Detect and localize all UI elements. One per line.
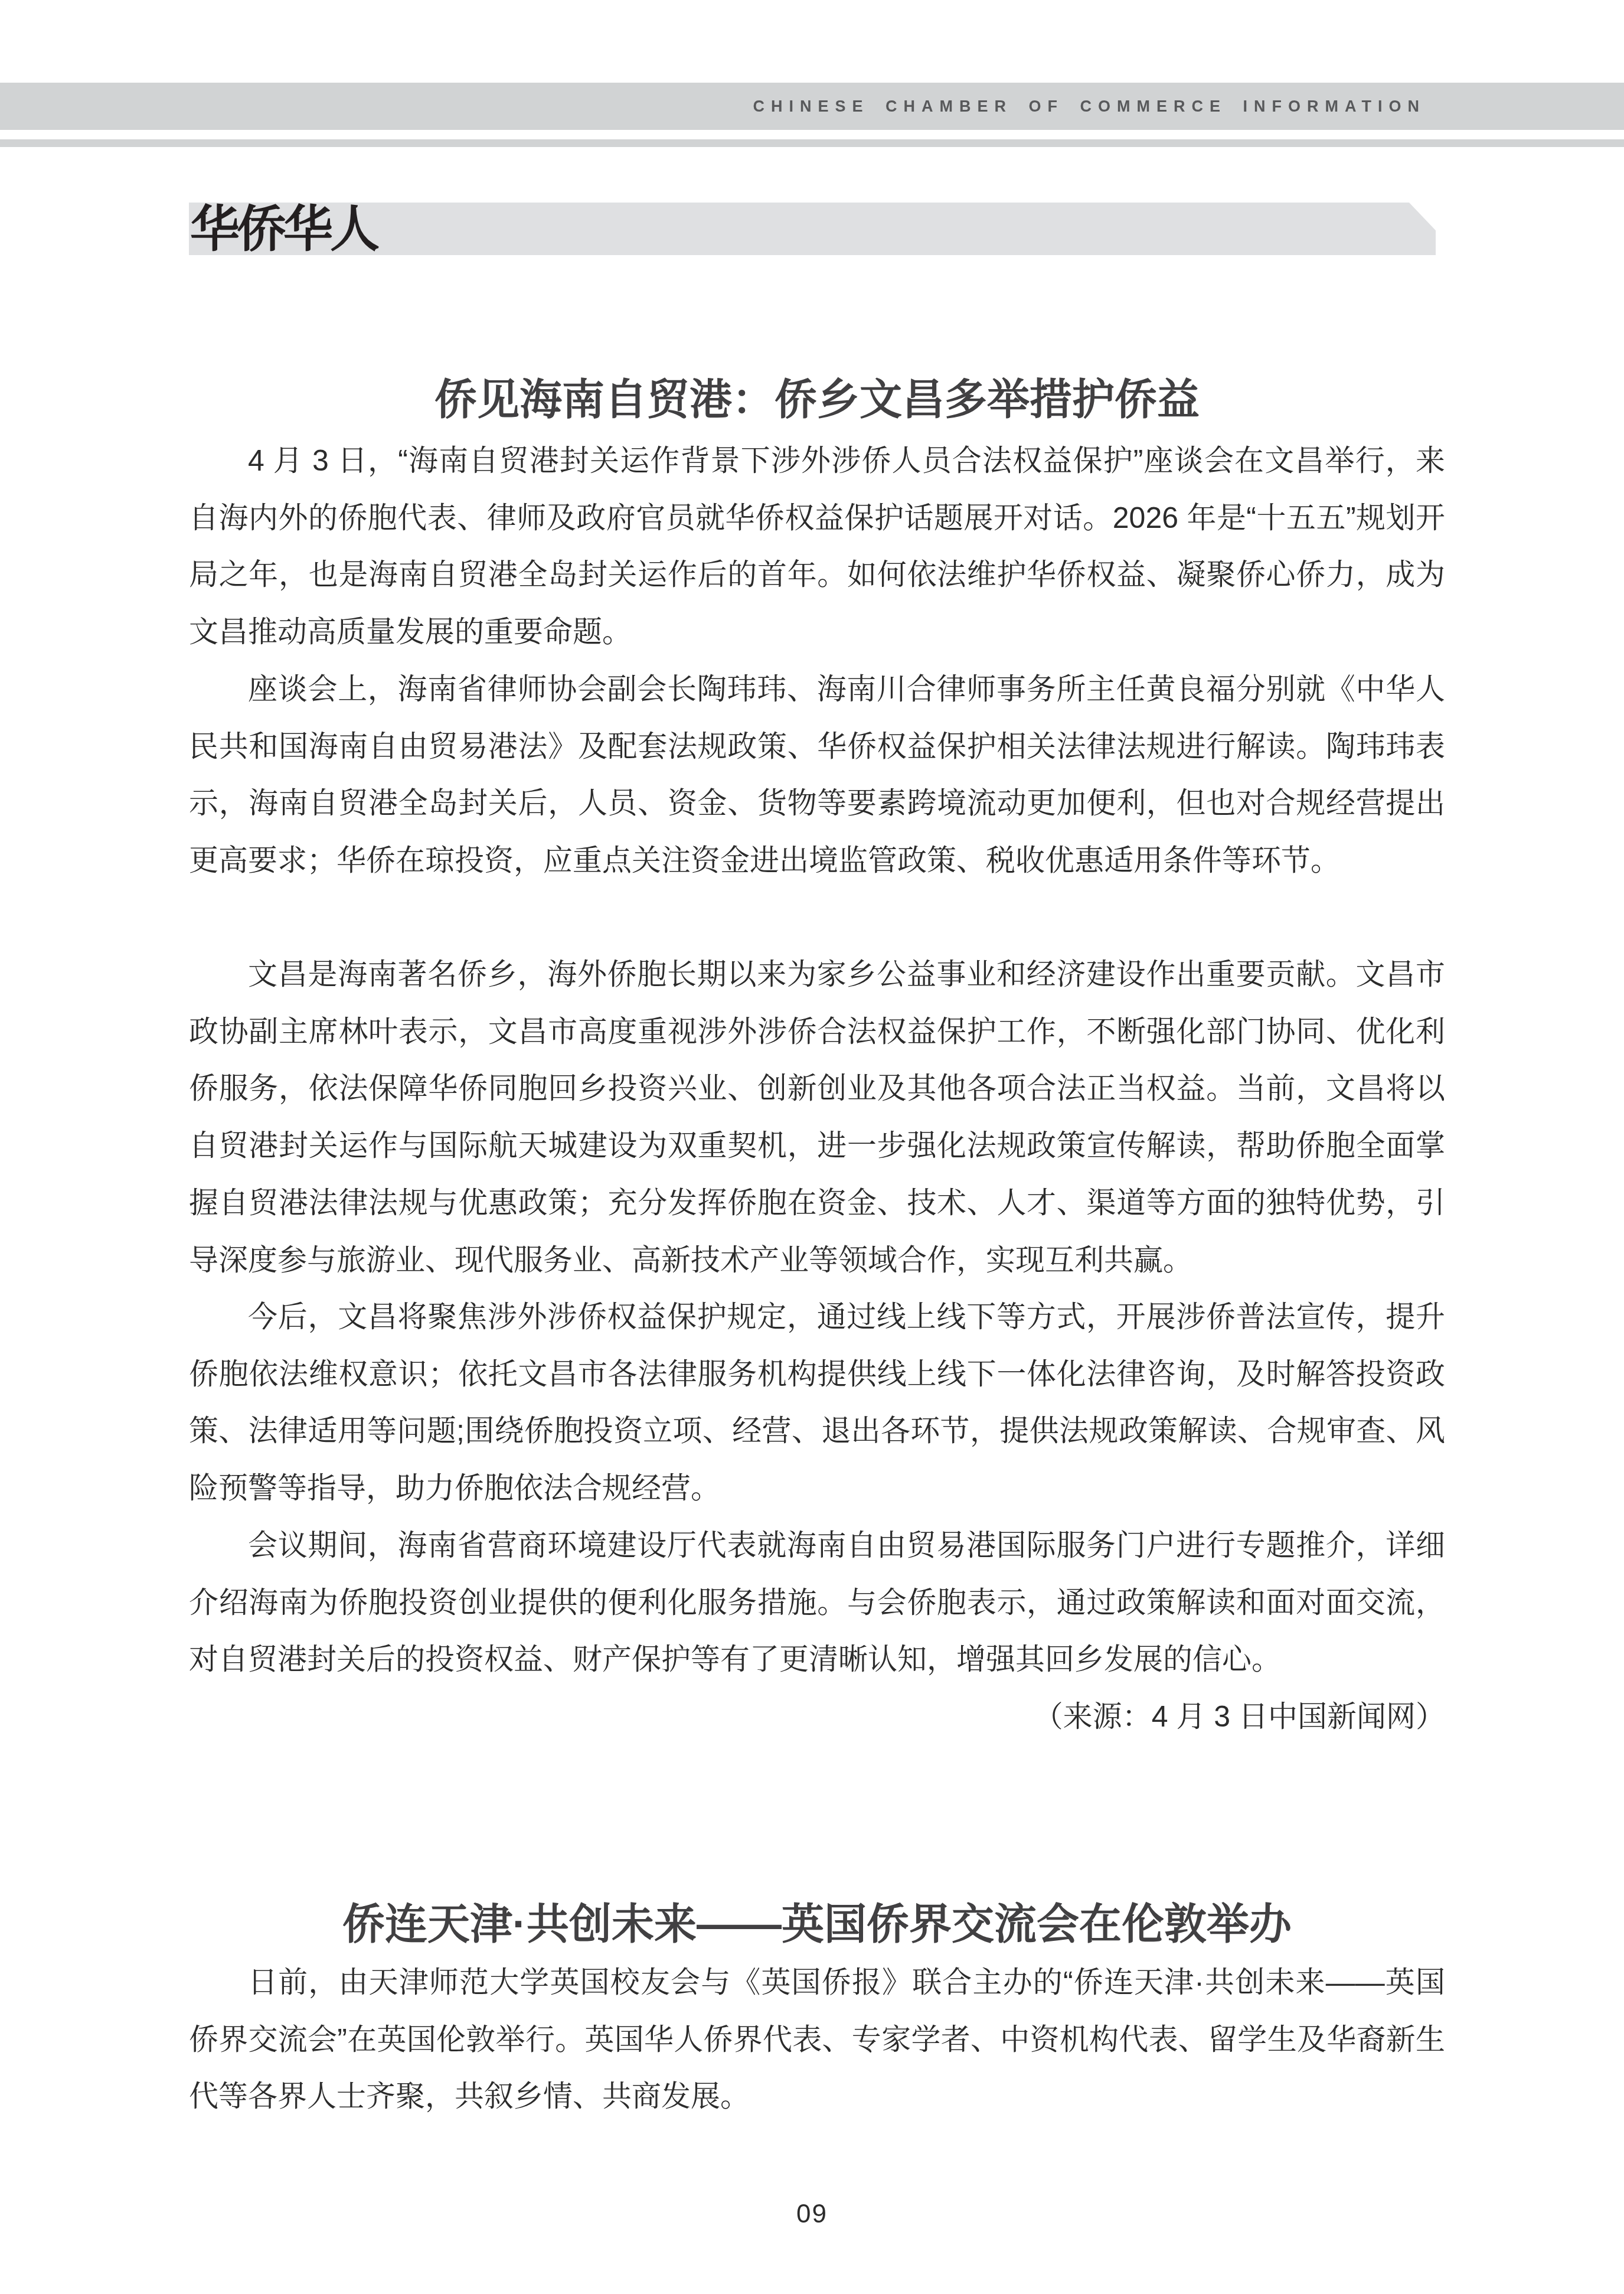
header-band: CHINESE CHAMBER OF COMMERCE INFORMATION: [0, 83, 1624, 130]
article1-paragraph: 今后，文昌将聚焦涉外涉侨权益保护规定，通过线上线下等方式，开展涉侨普法宣传，提升…: [189, 1288, 1445, 1517]
masthead-title: CHINESE CHAMBER OF COMMERCE INFORMATION: [753, 83, 1426, 130]
section-banner: 华侨华人: [189, 203, 1436, 255]
page-number: 09: [0, 2200, 1624, 2229]
article1-paragraph: 座谈会上，海南省律师协会副会长陶玮玮、海南川合律师事务所主任黄良福分别就《中华人…: [189, 661, 1445, 889]
section-banner-label: 华侨华人: [190, 204, 377, 256]
article2-paragraph: 日前，由天津师范大学英国校友会与《英国侨报》联合主办的“侨连天津·共创未来——英…: [189, 1954, 1445, 2125]
article1-title: 侨见海南自贸港：侨乡文昌多举措护侨益: [189, 365, 1445, 426]
article1-paragraph: 文昌是海南著名侨乡，海外侨胞长期以来为家乡公益事业和经济建设作出重要贡献。文昌市…: [189, 946, 1445, 1288]
header-divider-bar: [0, 139, 1624, 147]
article1-source: （来源：4 月 3 日中国新闻网）: [189, 1688, 1445, 1745]
article1-paragraph: 会议期间，海南省营商环境建设厅代表就海南自由贸易港国际服务门户进行专题推介，详细…: [189, 1517, 1445, 1688]
magazine-page: CHINESE CHAMBER OF COMMERCE INFORMATION …: [0, 0, 1624, 2294]
article1-paragraph: 4 月 3 日，“海南自贸港封关运作背景下涉外涉侨人员合法权益保护”座谈会在文昌…: [189, 432, 1445, 661]
article2-title: 侨连天津·共创未来——英国侨界交流会在伦敦举办: [189, 1890, 1445, 1951]
